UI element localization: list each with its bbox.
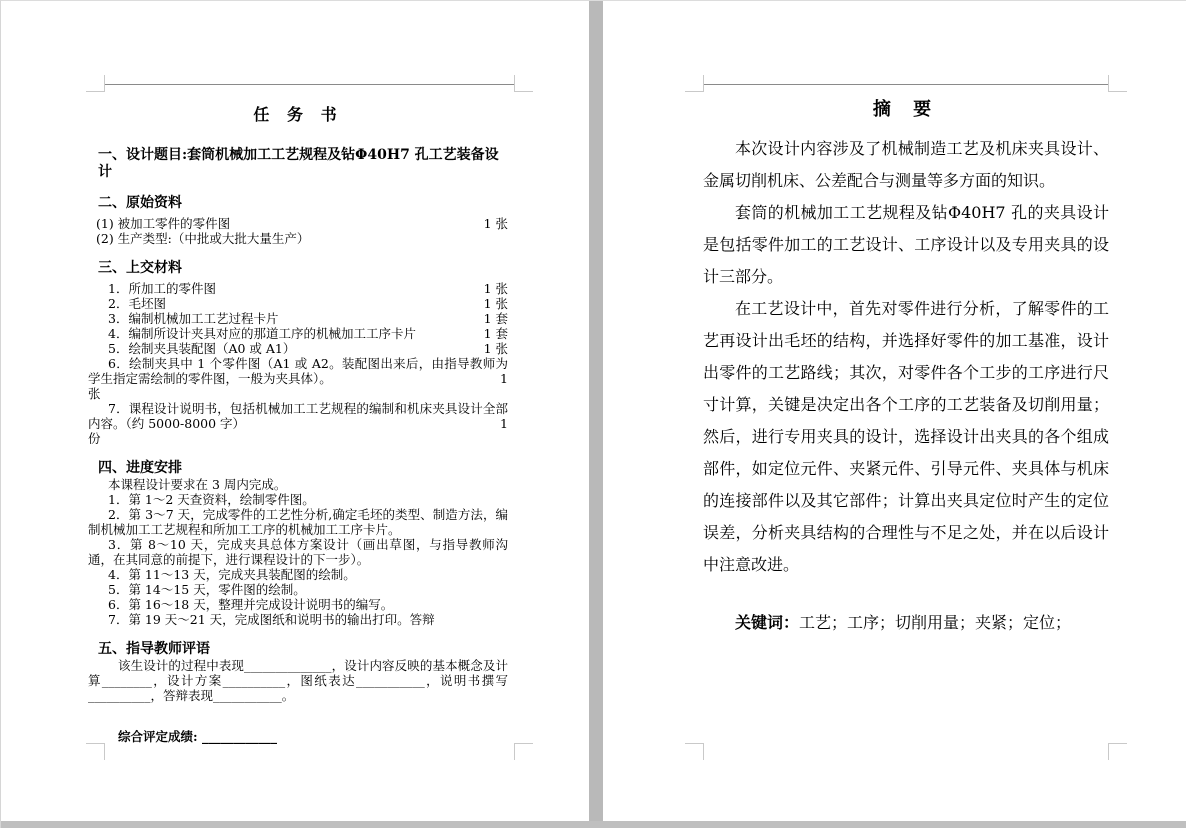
abstract-paragraph: 本次设计内容涉及了机械制造工艺及机床夹具设计、金属切削机床、公差配合与测量等多方…: [703, 133, 1109, 197]
list-row-text: 2．毛坯图: [108, 296, 166, 311]
final-grade-line: 综合评定成绩: ____________: [88, 729, 508, 744]
list-row: 5．绘制夹具装配图（A0 或 A1）1 张: [88, 341, 508, 356]
quantity: 1 张: [484, 296, 508, 311]
quantity: 1 套: [484, 311, 508, 326]
keywords-text: 工艺；工序；切削用量；夹紧；定位；: [799, 613, 1071, 632]
list-row: 3．编制机械加工工艺过程卡片1 套: [88, 311, 508, 326]
list-row-text: (2) 生产类型:（中批或大批大量生产）: [96, 231, 309, 246]
quantity-unit: 张: [88, 386, 508, 401]
list-row-text: 4．编制所设计夹具对应的那道工序的机械加工工序卡片: [108, 326, 416, 341]
section-4-paragraph: 4．第 11～13 天，完成夹具装配图的绘制。: [88, 567, 508, 582]
text-boundary-line: [104, 84, 514, 85]
list-row: (1) 被加工零件的零件图1 张: [88, 216, 508, 231]
quantity: 1 张: [484, 281, 508, 296]
section-4-paragraph: 5．第 14～15 天，零件图的绘制。: [88, 582, 508, 597]
margin-corner-mark: [1108, 75, 1127, 92]
section-4-paragraph: 本课程设计要求在 3 周内完成。: [88, 477, 508, 492]
quantity-unit: 份: [88, 431, 508, 446]
list-row-text: 6．绘制夹具中 1 个零件图（A1 或 A2。装配图出来后，由指导教师为学生指定…: [88, 356, 508, 386]
word-document-view: 任 务 书 一、设计题目:套筒机械加工工艺规程及钻Φ40H7 孔工艺装备设计二、…: [0, 0, 1186, 828]
final-grade-blank: ____________: [202, 729, 277, 744]
background-below-pages: [1, 821, 1186, 828]
abstract-paragraph: 在工艺设计中，首先对零件进行分析，了解零件的工艺再设计出毛坯的结构，并选择好零件…: [703, 293, 1109, 581]
margin-corner-mark: [86, 743, 105, 760]
keywords-label: 关键词：: [735, 613, 799, 632]
page-2-abstract[interactable]: 摘 要 本次设计内容涉及了机械制造工艺及机床夹具设计、金属切削机床、公差配合与测…: [603, 1, 1186, 821]
abstract-content: 摘 要 本次设计内容涉及了机械制造工艺及机床夹具设计、金属切削机床、公差配合与测…: [703, 93, 1109, 639]
text-boundary-line: [703, 84, 1108, 85]
section-2-rows: (1) 被加工零件的零件图1 张(2) 生产类型:（中批或大批大量生产）: [88, 216, 508, 246]
list-row: 2．毛坯图1 张: [88, 296, 508, 311]
abstract-paragraph: 套筒的机械加工工艺规程及钻Φ40H7 孔的夹具设计是包括零件加工的工艺设计、工序…: [703, 197, 1109, 293]
quantity: 1 套: [484, 326, 508, 341]
margin-corner-mark: [86, 75, 105, 92]
section-4-paragraph: 7．第 19 天～21 天，完成图纸和说明书的输出打印。答辩: [88, 612, 508, 627]
page-1-task-book[interactable]: 任 务 书 一、设计题目:套筒机械加工工艺规程及钻Φ40H7 孔工艺装备设计二、…: [1, 1, 589, 821]
list-row-text: 7．课程设计说明书，包括机械加工工艺规程的编制和机床夹具设计全部内容。（约 50…: [88, 401, 508, 431]
margin-corner-mark: [514, 75, 533, 92]
quantity-number: 1: [500, 371, 508, 386]
list-row: 7．课程设计说明书，包括机械加工工艺规程的编制和机床夹具设计全部内容。（约 50…: [88, 401, 508, 446]
task-book-content: 任 务 书 一、设计题目:套筒机械加工工艺规程及钻Φ40H7 孔工艺装备设计二、…: [88, 101, 508, 744]
list-row: (2) 生产类型:（中批或大批大量生产）: [88, 231, 508, 246]
section-4-paragraph: 6．第 16～18 天，整理并完成设计说明书的编写。: [88, 597, 508, 612]
section-heading-1: 一、设计题目:套筒机械加工工艺规程及钻Φ40H7 孔工艺装备设计: [88, 147, 508, 181]
list-row: 1．所加工的零件图1 张: [88, 281, 508, 296]
task-book-sections: 一、设计题目:套筒机械加工工艺规程及钻Φ40H7 孔工艺装备设计二、原始资料(1…: [88, 147, 508, 703]
abstract-paragraphs: 本次设计内容涉及了机械制造工艺及机床夹具设计、金属切削机床、公差配合与测量等多方…: [703, 133, 1109, 581]
section-heading-2: 二、原始资料: [88, 195, 508, 212]
section-heading-4: 四、进度安排: [88, 460, 508, 477]
section-heading-5: 五、指导教师评语: [88, 641, 508, 658]
quantity: 1 张: [484, 216, 508, 231]
list-row: 6．绘制夹具中 1 个零件图（A1 或 A2。装配图出来后，由指导教师为学生指定…: [88, 356, 508, 401]
abstract-title: 摘 要: [703, 99, 1109, 121]
list-row: 4．编制所设计夹具对应的那道工序的机械加工工序卡片1 套: [88, 326, 508, 341]
section-4-paragraph: 1．第 1～2 天查资料，绘制零件图。: [88, 492, 508, 507]
keywords-line: 关键词：工艺；工序；切削用量；夹紧；定位；: [703, 607, 1109, 639]
list-row-text: (1) 被加工零件的零件图: [96, 216, 230, 231]
section-3-rows: 1．所加工的零件图1 张2．毛坯图1 张3．编制机械加工工艺过程卡片1 套4．编…: [88, 281, 508, 446]
section-heading-3: 三、上交材料: [88, 260, 508, 277]
final-grade-label: 综合评定成绩:: [118, 729, 198, 744]
section-4-paragraph: 2．第 3～7 天，完成零件的工艺性分析,确定毛坯的类型、制造方法，编制机械加工…: [88, 507, 508, 537]
quantity: 1 张: [484, 341, 508, 356]
list-row-text: 3．编制机械加工工艺过程卡片: [108, 311, 278, 326]
page-title: 任 务 书: [88, 106, 508, 124]
page-gap: [589, 1, 603, 821]
margin-corner-mark: [685, 743, 704, 760]
margin-corner-mark: [1108, 743, 1127, 760]
section-5-paragraph: 该生设计的过程中表现______________，设计内容反映的基本概念及计算_…: [88, 658, 508, 703]
margin-corner-mark: [685, 75, 704, 92]
list-row-text: 5．绘制夹具装配图（A0 或 A1）: [108, 341, 295, 356]
section-4-paragraph: 3．第 8～10 天，完成夹具总体方案设计（画出草图，与指导教师沟通，在其同意的…: [88, 537, 508, 567]
margin-corner-mark: [514, 743, 533, 760]
list-row-text: 1．所加工的零件图: [108, 281, 216, 296]
quantity-number: 1: [500, 416, 508, 431]
